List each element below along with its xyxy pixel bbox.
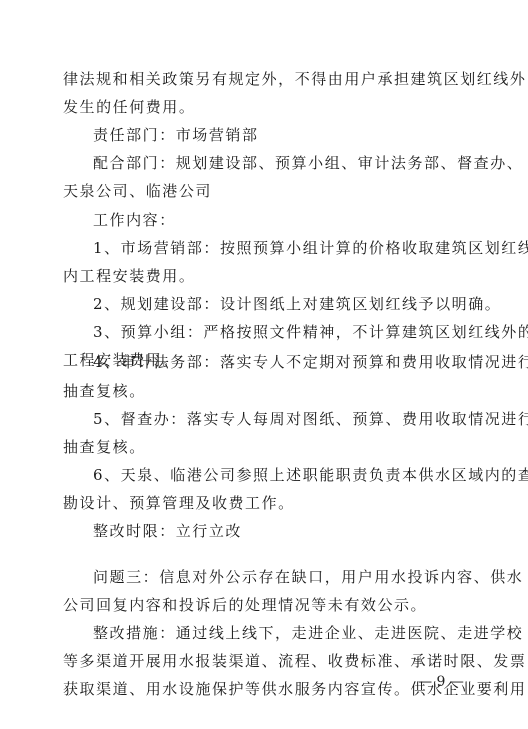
deadline-line: 整改时限：立行立改 [93,517,473,545]
text-line-24: 获取渠道、用水设施保护等供水服务内容宣传。供水企业要利用 [63,675,473,703]
work-content-heading: 工作内容： [93,206,473,234]
work-item-1: 1、市场营销部：按照预算小组计算的价格收取建筑区划红线 [93,234,473,262]
text-line-5: 天泉公司、临港公司 [63,177,473,205]
text-line-1: 律法规和相关政策另有规定外，不得由用户承担建筑区划红线外 [63,65,473,93]
cooperating-dept-line: 配合部门：规划建设部、预算小组、审计法务部、督查办、 [93,149,473,177]
text-line-8: 内工程安装费用。 [63,262,473,290]
text-line-13: 抽查复核。 [63,377,473,405]
work-item-4-visible: 4、审计法务部：落实专人不定期对预算和费用收取情况进行 [93,348,473,376]
work-item-6: 6、天泉、临港公司参照上述职能职责负责本供水区域内的查 [93,461,473,489]
text-line-21: 公司回复内容和投诉后的处理情况等未有效公示。 [63,591,473,619]
text-line-2: 发生的任何费用。 [63,93,473,121]
work-item-2: 2、规划建设部：设计图纸上对建筑区划红线予以明确。 [93,290,473,318]
document-page: 律法规和相关政策另有规定外，不得由用户承担建筑区划红线外 发生的任何费用。 责任… [0,0,528,729]
text-line-23: 等多渠道开展用水报装渠道、流程、收费标准、承诺时限、发票 [63,647,473,675]
responsible-dept-line: 责任部门：市场营销部 [93,121,473,149]
text-line-17: 勘设计、预算管理及收费工作。 [63,489,473,517]
text-line-15: 抽查复核。 [63,433,473,461]
page-number: — 9 — [416,672,466,692]
work-item-3: 3、预算小组：严格按照文件精神，不计算建筑区划红线外的 [93,318,473,346]
issue-three-line: 问题三：信息对外公示存在缺口，用户用水投诉内容、供水 [93,563,473,591]
work-item-5: 5、督查办：落实专人每周对图纸、预算、费用收取情况进行 [93,405,473,433]
rectification-measures-line: 整改措施：通过线上线下，走进企业、走进医院、走进学校 [93,619,473,647]
